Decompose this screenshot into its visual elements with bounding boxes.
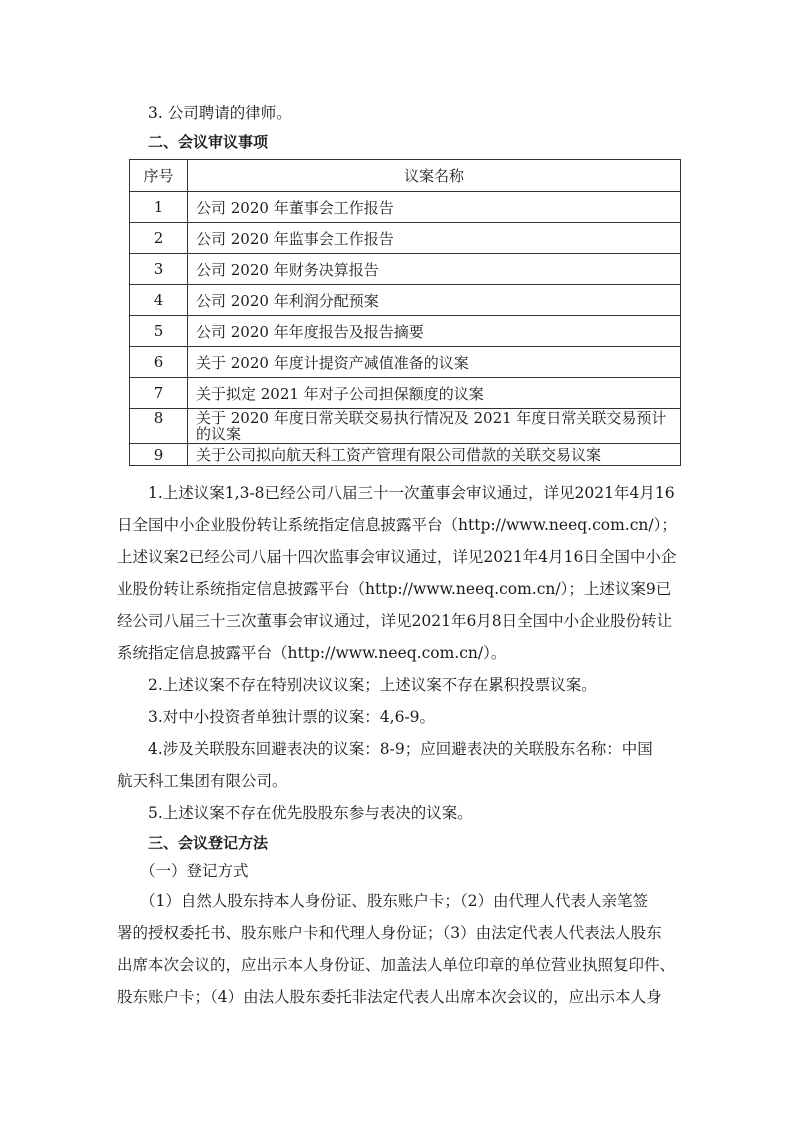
row-motion-name: 公司 2020 年年度报告及报告摘要: [188, 316, 681, 347]
table-row: 1 公司 2020 年董事会工作报告: [130, 192, 681, 223]
row-number: 7: [130, 378, 188, 409]
header-motion-name: 议案名称: [188, 160, 681, 192]
header-number: 序号: [130, 160, 188, 192]
registration-line-3: 出席本次会议的，应出示本人身份证、加盖法人单位印章的单位营业执照复印件、: [117, 955, 675, 975]
note-2: 2.上述议案不存在特别决议议案；上述议案不存在累积投票议案。: [148, 675, 597, 695]
row-number: 8: [130, 409, 188, 444]
registration-line-4: 股东账户卡；（4）由法人股东委托非法定代表人出席本次会议的，应出示本人身: [117, 987, 662, 1007]
motions-table: 序号 议案名称 1 公司 2020 年董事会工作报告 2 公司 2020 年监事…: [129, 159, 681, 466]
note-4-line-1: 4.涉及关联股东回避表决的议案：8-9；应回避表决的关联股东名称：中国: [148, 739, 653, 759]
table-row: 6 关于 2020 年度计提资产减值准备的议案: [130, 347, 681, 378]
note-5: 5.上述议案不存在优先股股东参与表决的议案。: [148, 803, 473, 823]
row-motion-name: 关于 2020 年度日常关联交易执行情况及 2021 年度日常关联交易预计的议案: [188, 409, 681, 444]
subsection-1-heading: （一）登记方式: [140, 861, 249, 881]
note-1-line-5: 经公司八届三十三次董事会审议通过，详见2021年6月8日全国中小企业股份转让: [117, 611, 672, 631]
note-1-line-4: 业股份转让系统指定信息披露平台（http://www.neeq.com.cn/）…: [117, 579, 671, 599]
row-motion-name: 关于 2020 年度计提资产减值准备的议案: [188, 347, 681, 378]
row-number: 6: [130, 347, 188, 378]
note-1-line-2: 日全国中小企业股份转让系统指定信息披露平台（http://www.neeq.co…: [117, 515, 677, 535]
registration-line-2: 署的授权委托书、股东账户卡和代理人身份证；（3）由法定代表人代表法人股东: [117, 923, 662, 943]
note-1-line-1: 1.上述议案1,3-8已经公司八届三十一次董事会审议通过，详见2021年4月16: [148, 483, 675, 503]
row-motion-name: 公司 2020 年监事会工作报告: [188, 223, 681, 254]
row-number: 1: [130, 192, 188, 223]
table-row: 8 关于 2020 年度日常关联交易执行情况及 2021 年度日常关联交易预计的…: [130, 409, 681, 444]
row-number: 4: [130, 285, 188, 316]
row-motion-name: 关于拟定 2021 年对子公司担保额度的议案: [188, 378, 681, 409]
table-row: 4 公司 2020 年利润分配预案: [130, 285, 681, 316]
note-4-line-2: 航天科工集团有限公司。: [117, 771, 288, 791]
row-motion-name: 公司 2020 年董事会工作报告: [188, 192, 681, 223]
row-number: 3: [130, 254, 188, 285]
table-row: 7 关于拟定 2021 年对子公司担保额度的议案: [130, 378, 681, 409]
table-row: 2 公司 2020 年监事会工作报告: [130, 223, 681, 254]
row-motion-name: 关于公司拟向航天科工资产管理有限公司借款的关联交易议案: [188, 444, 681, 466]
note-1-line-3: 上述议案2已经公司八届十四次监事会审议通过，详见2021年4月16日全国中小企: [117, 547, 676, 567]
table-header-row: 序号 议案名称: [130, 160, 681, 192]
section-2-heading: 二、会议审议事项: [148, 132, 268, 152]
note-3: 3.对中小投资者单独计票的议案：4,6-9。: [148, 707, 435, 727]
registration-line-1: （1）自然人股东持本人身份证、股东账户卡；（2）由代理人代表人亲笔签: [140, 891, 648, 911]
row-motion-name: 公司 2020 年财务决算报告: [188, 254, 681, 285]
table-row: 9 关于公司拟向航天科工资产管理有限公司借款的关联交易议案: [130, 444, 681, 466]
table-row: 3 公司 2020 年财务决算报告: [130, 254, 681, 285]
row-number: 5: [130, 316, 188, 347]
row-number: 9: [130, 444, 188, 466]
row-motion-name: 公司 2020 年利润分配预案: [188, 285, 681, 316]
section-3-heading: 三、会议登记方法: [148, 833, 268, 853]
note-1-line-6: 系统指定信息披露平台（http://www.neeq.com.cn/）。: [117, 643, 506, 663]
row-number: 2: [130, 223, 188, 254]
intro-item-lawyer: 3. 公司聘请的律师。: [148, 103, 292, 123]
table-row: 5 公司 2020 年年度报告及报告摘要: [130, 316, 681, 347]
